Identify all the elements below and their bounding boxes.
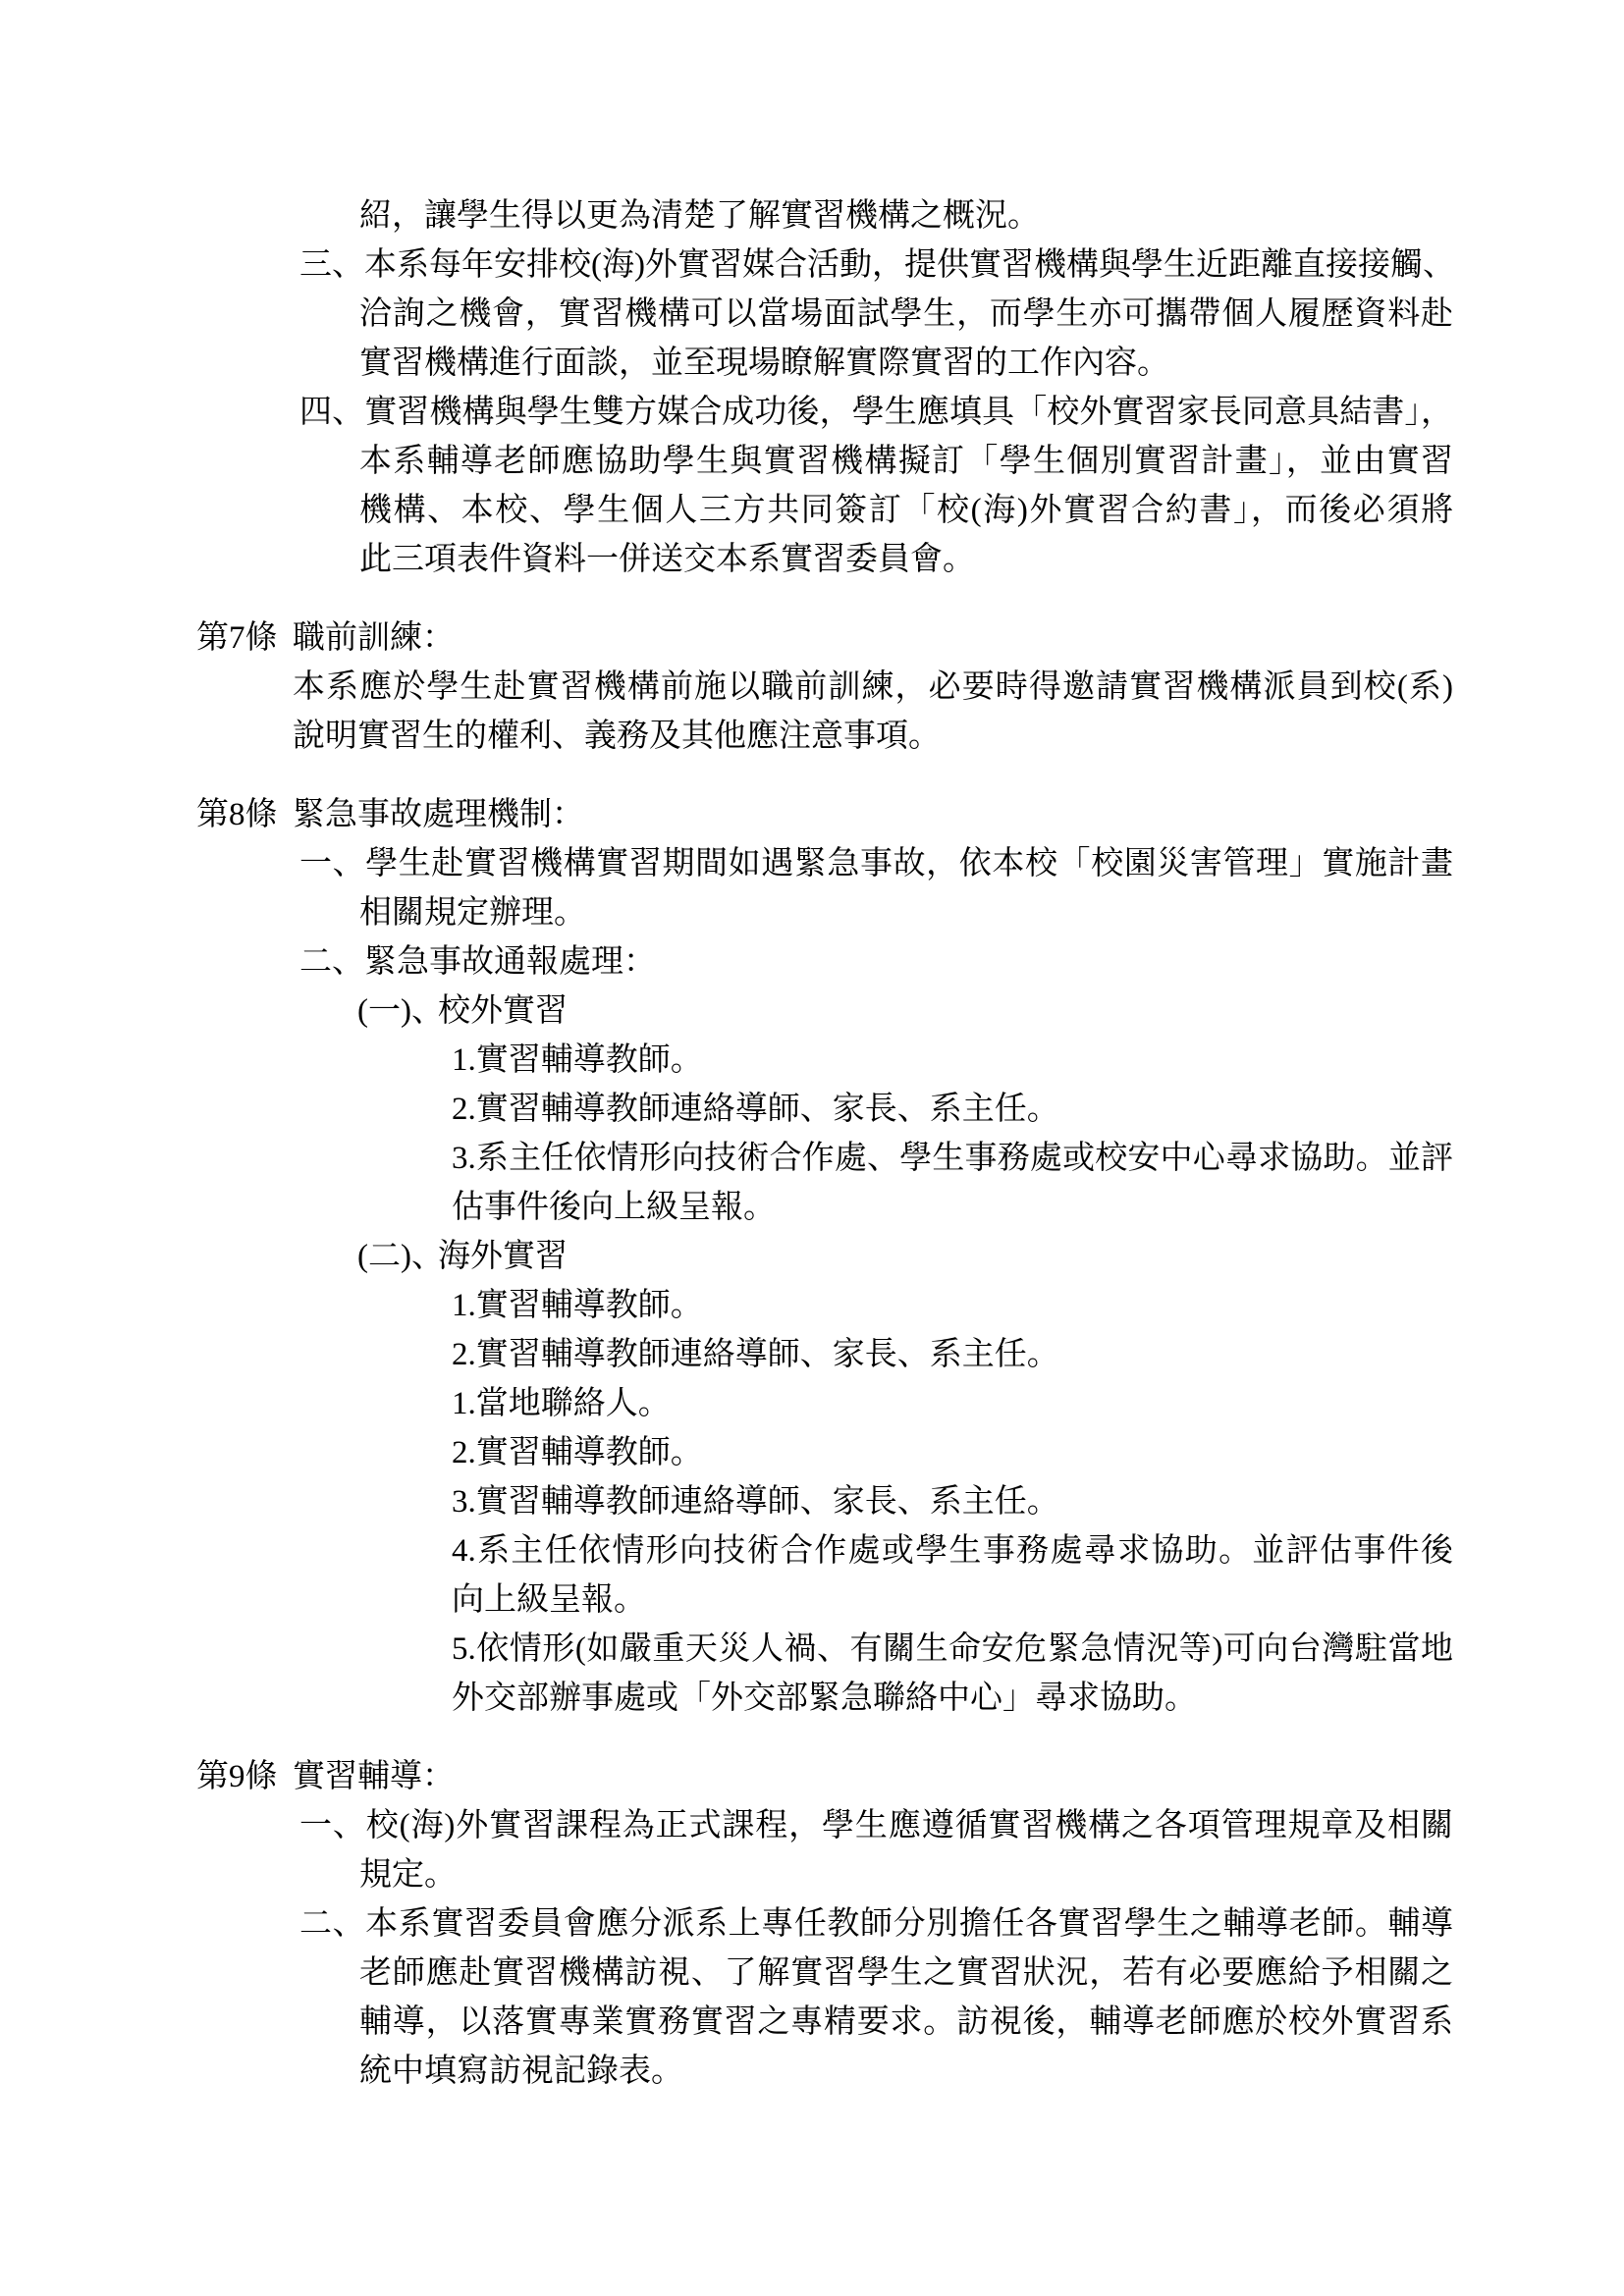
sub-section-title: 海外實習	[438, 1239, 568, 1274]
article-title: 實習輔導：	[293, 1759, 455, 1794]
numbered-step-line: 2.實習輔導教師。	[452, 1428, 1624, 1477]
numbered-step-line: 2.實習輔導教師連絡導師、家長、系主任。	[452, 1330, 1624, 1379]
doc-line: 向上級呈報。	[452, 1575, 1624, 1625]
doc-line: 實習機構進行面談，並至現場瞭解實際實習的工作內容。	[359, 339, 1624, 388]
doc-line: 估事件後向上級呈報。	[452, 1183, 1624, 1232]
document-page: 紹，讓學生得以更為清楚了解實習機構之概況。 三、本系每年安排校(海)外實習媒合活…	[0, 0, 1624, 2096]
doc-line: 說明實習生的權利、義務及其他應注意事項。	[293, 712, 1624, 761]
list-item-line: 三、本系每年安排校(海)外實習媒合活動，提供實習機構與學生近距離直接接觸、	[299, 240, 1453, 290]
article-number: 第7條	[196, 614, 293, 663]
article-title: 緊急事故處理機制：	[293, 797, 584, 832]
doc-line: 統中填寫訪視記錄表。	[359, 2047, 1624, 2096]
doc-line: 輔導，以落實專業實務實習之專精要求。訪視後，輔導老師應於校外實習系	[359, 1998, 1453, 2047]
list-marker: (二)、	[357, 1232, 438, 1281]
list-marker: (一)、	[357, 987, 438, 1036]
numbered-step-line: 1.實習輔導教師。	[452, 1036, 1624, 1085]
article-7-heading: 第7條職前訓練：	[196, 614, 1624, 663]
doc-line: 此三項表件資料一併送交本系實習委員會。	[359, 535, 1624, 584]
sub-section-line: (二)、海外實習	[357, 1232, 1624, 1281]
numbered-step-line: 2.實習輔導教師連絡導師、家長、系主任。	[452, 1085, 1624, 1134]
numbered-step-line: 3.系主任依情形向技術合作處、學生事務處或校安中心尋求協助。並評	[452, 1134, 1453, 1183]
list-item-line: 四、實習機構與學生雙方媒合成功後，學生應填具「校外實習家長同意具結書」，	[299, 388, 1453, 437]
numbered-step-line: 1.當地聯絡人。	[452, 1379, 1624, 1428]
doc-line: 洽詢之機會，實習機構可以當場面試學生，而學生亦可攜帶個人履歷資料赴	[359, 290, 1453, 339]
numbered-step-line: 3.實習輔導教師連絡導師、家長、系主任。	[452, 1477, 1624, 1526]
sub-section-title: 校外實習	[438, 993, 568, 1029]
doc-line: 本系應於學生赴實習機構前施以職前訓練，必要時得邀請實習機構派員到校(系)	[293, 663, 1453, 712]
doc-line: 規定。	[359, 1850, 1624, 1899]
doc-line: 老師應赴實習機構訪視、了解實習學生之實習狀況，若有必要應給予相關之	[359, 1949, 1453, 1998]
article-number: 第8條	[196, 790, 293, 839]
doc-line: 外交部辦事處或「外交部緊急聯絡中心」尋求協助。	[452, 1674, 1624, 1723]
article-title: 職前訓練：	[293, 620, 455, 656]
list-item-line: 一、校(海)外實習課程為正式課程，學生應遵循實習機構之各項管理規章及相關	[299, 1801, 1453, 1850]
article-8-heading: 第8條緊急事故處理機制：	[196, 790, 1624, 839]
sub-section-line: (一)、校外實習	[357, 987, 1624, 1036]
numbered-step-line: 1.實習輔導教師。	[452, 1281, 1624, 1330]
numbered-step-line: 5.依情形(如嚴重天災人禍、有關生命安危緊急情況等)可向台灣駐當地	[452, 1625, 1453, 1674]
list-item-line: 一、學生赴實習機構實習期間如遇緊急事故，依本校「校園災害管理」實施計畫	[299, 839, 1453, 888]
numbered-step-line: 4.系主任依情形向技術合作處或學生事務處尋求協助。並評估事件後	[452, 1526, 1453, 1575]
list-item-line: 二、緊急事故通報處理：	[299, 937, 1624, 987]
doc-line: 機構、本校、學生個人三方共同簽訂「校(海)外實習合約書」，而後必須將	[359, 486, 1453, 535]
article-9-heading: 第9條實習輔導：	[196, 1752, 1624, 1801]
doc-line: 紹，讓學生得以更為清楚了解實習機構之概況。	[359, 191, 1624, 240]
doc-line: 本系輔導老師應協助學生與實習機構擬訂「學生個別實習計畫」，並由實習	[359, 437, 1453, 486]
list-item-line: 二、本系實習委員會應分派系上專任教師分別擔任各實習學生之輔導老師。輔導	[299, 1899, 1453, 1949]
article-number: 第9條	[196, 1752, 293, 1801]
doc-line: 相關規定辦理。	[359, 888, 1624, 937]
